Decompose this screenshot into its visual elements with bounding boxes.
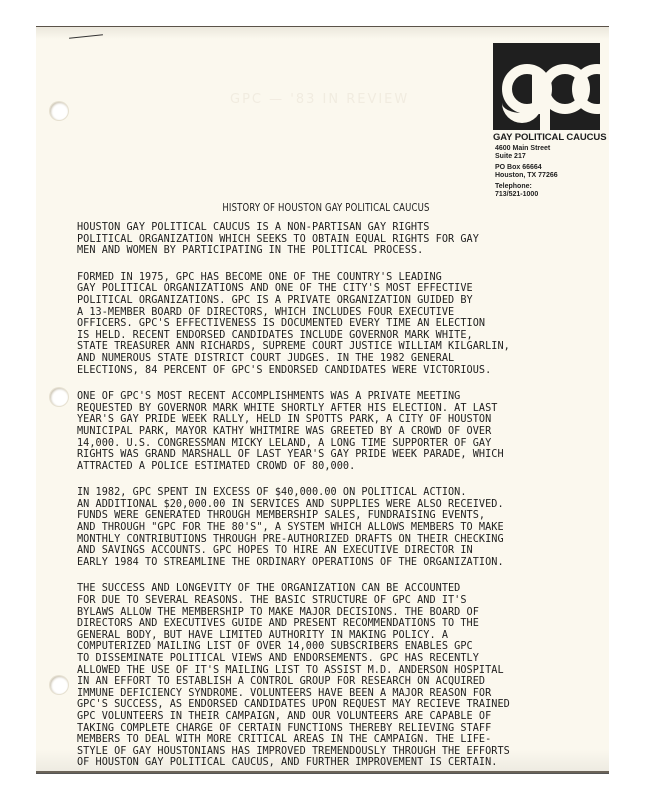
paragraph-formation: Formed in 1975, GPC has become one of th…	[77, 272, 607, 376]
paragraph-success: The success and longevity of the organiz…	[77, 583, 607, 769]
po-city: Houston, TX 77266	[495, 172, 558, 180]
gpc-logo	[493, 43, 600, 130]
document-title: HISTORY OF HOUSTON GAY POLITICAL CAUCUS	[46, 201, 607, 214]
paragraph-accomplishments: One of GPC's most recent accomplishments…	[77, 391, 607, 472]
address-street: 4600 Main Street	[495, 145, 550, 153]
po-box: PO Box 66664	[495, 164, 542, 172]
paragraph-intro: Houston Gay Political Caucus is a non-pa…	[77, 222, 607, 257]
org-name: GAY POLITICAL CAUCUS	[493, 132, 606, 143]
phone-number: 713/521-1000	[495, 191, 538, 199]
binder-hole-bottom	[50, 676, 68, 694]
binder-hole-top	[50, 102, 68, 120]
phone-label: Telephone:	[495, 183, 532, 191]
bleed-through-text: GPC — '83 IN REVIEW	[230, 92, 409, 107]
address-suite: Suite 217	[495, 153, 526, 161]
document-body: Houston Gay Political Caucus is a non-pa…	[77, 222, 607, 784]
paragraph-finances: In 1982, GPC spent in excess of $40,000.…	[77, 487, 607, 568]
binder-hole-middle	[50, 388, 68, 406]
